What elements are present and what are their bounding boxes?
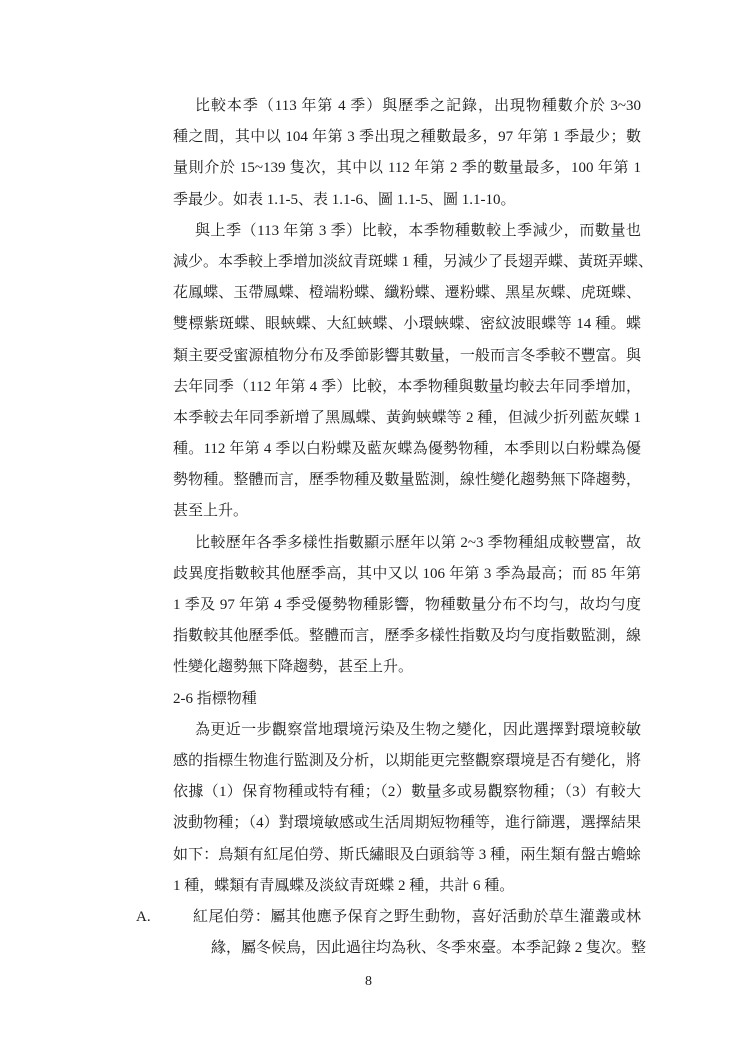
text-line: 1 季及 97 年第 4 季受優勢物種影響，物種數量分布不均勻，故均勻度 <box>173 590 641 621</box>
list-item-text: 紅尾伯勞：屬其他應予保育之野生動物，喜好活動於草生灌叢或林 <box>193 909 641 925</box>
text-line: 本季較去年同季新增了黑鳳蝶、黃鉤蛺蝶等 2 種，但減少折列藍灰蝶 1 <box>173 403 641 434</box>
text-line: 類主要受蜜源植物分布及季節影響其數量，一般而言冬季較不豐富。與 <box>173 341 641 372</box>
text-line: 種之間，其中以 104 年第 3 季出現之種數最多，97 年第 1 季最少；數 <box>173 122 641 153</box>
text-line: 雙標紫斑蝶、眼蛺蝶、大紅蛺蝶、小環蛺蝶、密紋波眼蝶等 14 種。蝶 <box>173 309 641 340</box>
text-line: 指數較其他歷季低。整體而言，歷季多樣性指數及均勻度指數監測，線 <box>173 621 641 652</box>
paragraph-season-comparison: 比較本季（113 年第 4 季）與歷季之記錄，出現物種數介於 3~30 種之間，… <box>173 91 641 216</box>
text-line: 種。112 年第 4 季以白粉蝶及藍灰蝶為優勢物種，本季則以白粉蝶為優 <box>173 434 641 465</box>
page-number: 8 <box>0 974 737 990</box>
text-line: 甚至上升。 <box>173 496 641 527</box>
paragraph-diversity-index: 比較歷年各季多樣性指數顯示歷年以第 2~3 季物種組成較豐富，故 歧異度指數較其… <box>173 528 641 684</box>
text-line: 為更近一步觀察當地環境污染及生物之變化，因此選擇對環境較敏 <box>173 715 641 746</box>
list-item-label: A. <box>136 902 151 933</box>
text-line: 依據（1）保育物種或特有種；（2）數量多或易觀察物種；（3）有較大 <box>173 777 641 808</box>
text-line: 感的指標生物進行監測及分析，以期能更完整觀察環境是否有變化，將 <box>173 746 641 777</box>
paragraph-indicator-species: 為更近一步觀察當地環境污染及生物之變化，因此選擇對環境較敏 感的指標生物進行監測… <box>173 715 641 902</box>
text-block: 比較本季（113 年第 4 季）與歷季之記錄，出現物種數介於 3~30 種之間，… <box>173 91 641 964</box>
text-line: 比較本季（113 年第 4 季）與歷季之記錄，出現物種數介於 3~30 <box>173 91 641 122</box>
text-line: 季最少。如表 1.1-5、表 1.1-6、圖 1.1-5、圖 1.1-10。 <box>173 185 641 216</box>
text-line: 歧異度指數較其他歷季高，其中又以 106 年第 3 季為最高；而 85 年第 <box>173 559 641 590</box>
text-line: 量則介於 15~139 隻次，其中以 112 年第 2 季的數量最多，100 年… <box>173 153 641 184</box>
text-line: A.紅尾伯勞：屬其他應予保育之野生動物，喜好活動於草生灌叢或林 <box>173 902 641 933</box>
text-line: 與上季（113 年第 3 季）比較，本季物種數較上季減少，而數量也 <box>173 216 641 247</box>
text-line: 去年同季（112 年第 4 季）比較，本季物種與數量均較去年同季增加， <box>173 372 641 403</box>
text-line: 花鳳蝶、玉帶鳳蝶、橙端粉蝶、纖粉蝶、遷粉蝶、黑星灰蝶、虎斑蝶、 <box>173 278 641 309</box>
section-heading: 2-6 指標物種 <box>173 684 641 715</box>
text-line: 性變化趨勢無下降趨勢，甚至上升。 <box>173 652 641 683</box>
text-line: 緣，屬冬候鳥，因此過往均為秋、冬季來臺。本季記錄 2 隻次。整 <box>173 933 641 964</box>
text-line: 1 種，蝶類有青鳳蝶及淡紋青斑蝶 2 種，共計 6 種。 <box>173 871 641 902</box>
text-line: 減少。本季較上季增加淡紋青斑蝶 1 種，另減少了長翅弄蝶、黃斑弄蝶、 <box>173 247 641 278</box>
text-line: 比較歷年各季多樣性指數顯示歷年以第 2~3 季物種組成較豐富，故 <box>173 528 641 559</box>
text-line: 勢物種。整體而言，歷季物種及數量監測，線性變化趨勢無下降趨勢， <box>173 465 641 496</box>
document-page: 比較本季（113 年第 4 季）與歷季之記錄，出現物種數介於 3~30 種之間，… <box>0 0 737 1042</box>
paragraph-previous-season-comparison: 與上季（113 年第 3 季）比較，本季物種數較上季減少，而數量也 減少。本季較… <box>173 216 641 528</box>
list-item-a-brown-shrike: A.紅尾伯勞：屬其他應予保育之野生動物，喜好活動於草生灌叢或林 緣，屬冬候鳥，因… <box>173 902 641 964</box>
text-line: 如下：鳥類有紅尾伯勞、斯氏繡眼及白頭翁等 3 種，兩生類有盤古蟾蜍 <box>173 840 641 871</box>
text-line: 波動物種；（4）對環境敏感或生活周期短物種等，進行篩選，選擇結果 <box>173 808 641 839</box>
